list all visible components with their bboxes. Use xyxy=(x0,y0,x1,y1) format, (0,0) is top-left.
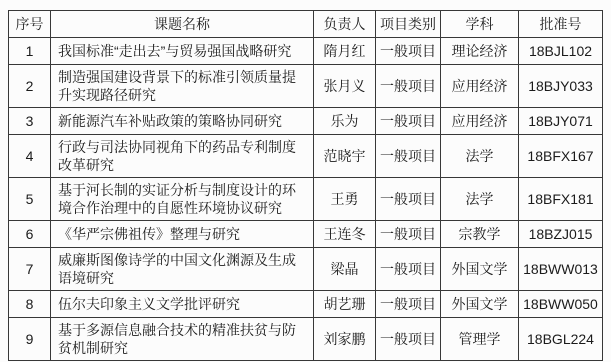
cell-title: 伍尔夫印象主义文学批评研究 xyxy=(51,291,314,318)
cell-leader: 王连冬 xyxy=(314,221,376,248)
table-row: 4行政与司法协同视角下的药品专利制度改革研究范晓宇一般项目法学18BFX167 xyxy=(9,135,603,178)
cell-no: 5 xyxy=(9,178,51,221)
col-header-no: 序号 xyxy=(9,11,51,38)
cell-category: 一般项目 xyxy=(376,135,441,178)
table-row: 3新能源汽车补贴政策的策略协同研究乐为一般项目应用经济18BJY071 xyxy=(9,108,603,135)
col-header-discipline: 学科 xyxy=(441,11,519,38)
cell-no: 4 xyxy=(9,135,51,178)
table-row: 7威廉斯图像诗学的中国文化渊源及生成语境研究梁晶一般项目外国文学18BWW013 xyxy=(9,248,603,291)
table-header-row: 序号课题名称负责人项目类别学科批准号 xyxy=(9,11,603,38)
cell-category: 一般项目 xyxy=(376,38,441,65)
cell-discipline: 外国文学 xyxy=(441,291,519,318)
cell-no: 6 xyxy=(9,221,51,248)
cell-title: 《华严宗佛祖传》整理与研究 xyxy=(51,221,314,248)
cell-no: 7 xyxy=(9,248,51,291)
cell-approval: 18BZJ015 xyxy=(519,221,603,248)
grant-projects-table: 序号课题名称负责人项目类别学科批准号 1我国标准“走出去”与贸易强国战略研究隋月… xyxy=(8,10,603,361)
table-row: 9基于多源信息融合技术的精准扶贫与防贫机制研究刘家鹏一般项目管理学18BGL22… xyxy=(9,318,603,361)
cell-approval: 18BJL102 xyxy=(519,38,603,65)
cell-discipline: 外国文学 xyxy=(441,248,519,291)
cell-no: 8 xyxy=(9,291,51,318)
cell-leader: 乐为 xyxy=(314,108,376,135)
cell-title: 我国标准“走出去”与贸易强国战略研究 xyxy=(51,38,314,65)
col-header-leader: 负责人 xyxy=(314,11,376,38)
cell-approval: 18BFX181 xyxy=(519,178,603,221)
col-header-category: 项目类别 xyxy=(376,11,441,38)
cell-approval: 18BWW013 xyxy=(519,248,603,291)
table-row: 1我国标准“走出去”与贸易强国战略研究隋月红一般项目理论经济18BJL102 xyxy=(9,38,603,65)
cell-leader: 王勇 xyxy=(314,178,376,221)
cell-leader: 胡艺珊 xyxy=(314,291,376,318)
cell-category: 一般项目 xyxy=(376,108,441,135)
cell-category: 一般项目 xyxy=(376,178,441,221)
cell-discipline: 法学 xyxy=(441,178,519,221)
cell-discipline: 应用经济 xyxy=(441,108,519,135)
cell-discipline: 法学 xyxy=(441,135,519,178)
cell-leader: 刘家鹏 xyxy=(314,318,376,361)
cell-category: 一般项目 xyxy=(376,291,441,318)
cell-category: 一般项目 xyxy=(376,318,441,361)
cell-leader: 张月义 xyxy=(314,65,376,108)
col-header-title: 课题名称 xyxy=(51,11,314,38)
table-row: 6《华严宗佛祖传》整理与研究王连冬一般项目宗教学18BZJ015 xyxy=(9,221,603,248)
cell-leader: 范晓宇 xyxy=(314,135,376,178)
cell-category: 一般项目 xyxy=(376,248,441,291)
cell-category: 一般项目 xyxy=(376,221,441,248)
cell-leader: 梁晶 xyxy=(314,248,376,291)
cell-discipline: 理论经济 xyxy=(441,38,519,65)
cell-discipline: 宗教学 xyxy=(441,221,519,248)
cell-no: 9 xyxy=(9,318,51,361)
cell-no: 3 xyxy=(9,108,51,135)
col-header-approval: 批准号 xyxy=(519,11,603,38)
cell-approval: 18BFX167 xyxy=(519,135,603,178)
cell-title: 制造强国建设背景下的标准引领质量提升实现路径研究 xyxy=(51,65,314,108)
cell-discipline: 应用经济 xyxy=(441,65,519,108)
table-row: 2制造强国建设背景下的标准引领质量提升实现路径研究张月义一般项目应用经济18BJ… xyxy=(9,65,603,108)
cell-category: 一般项目 xyxy=(376,65,441,108)
cell-title: 基于多源信息融合技术的精准扶贫与防贫机制研究 xyxy=(51,318,314,361)
cell-title: 威廉斯图像诗学的中国文化渊源及生成语境研究 xyxy=(51,248,314,291)
cell-approval: 18BGL224 xyxy=(519,318,603,361)
cell-no: 2 xyxy=(9,65,51,108)
table-row: 8伍尔夫印象主义文学批评研究胡艺珊一般项目外国文学18BWW050 xyxy=(9,291,603,318)
cell-title: 基于河长制的实证分析与制度设计的环境合作治理中的自愿性环境协议研究 xyxy=(51,178,314,221)
page: { "colors": { "background": "#fcfcfc", "… xyxy=(0,0,611,362)
cell-title: 行政与司法协同视角下的药品专利制度改革研究 xyxy=(51,135,314,178)
cell-leader: 隋月红 xyxy=(314,38,376,65)
cell-no: 1 xyxy=(9,38,51,65)
cell-approval: 18BWW050 xyxy=(519,291,603,318)
cell-title: 新能源汽车补贴政策的策略协同研究 xyxy=(51,108,314,135)
table-row: 5基于河长制的实证分析与制度设计的环境合作治理中的自愿性环境协议研究王勇一般项目… xyxy=(9,178,603,221)
cell-approval: 18BJY033 xyxy=(519,65,603,108)
cell-discipline: 管理学 xyxy=(441,318,519,361)
cell-approval: 18BJY071 xyxy=(519,108,603,135)
